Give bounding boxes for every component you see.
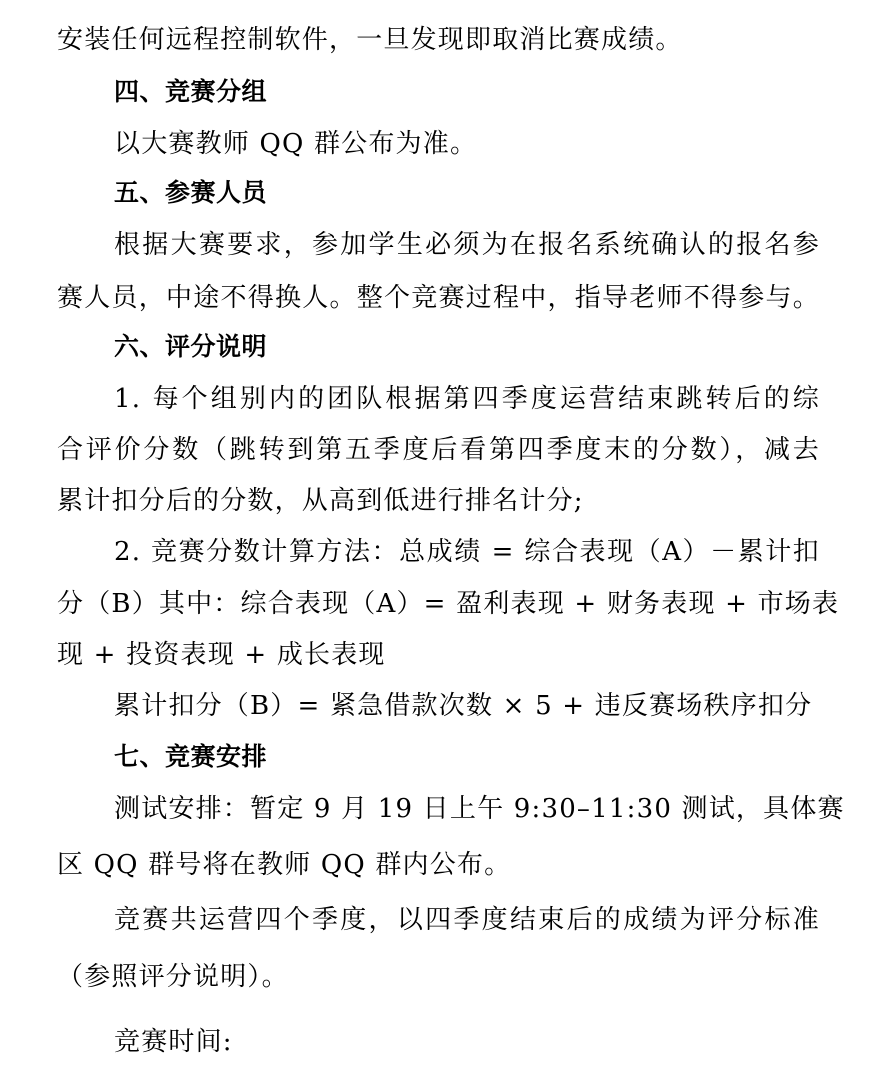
paragraph-line-grouping: 以大赛教师 QQ 群公布为准。 <box>114 127 477 161</box>
paragraph-line-formula-1: 2. 竞赛分数计算方法：总成绩 = 综合表现（A）－累计扣 <box>114 535 820 569</box>
paragraph-line-participants-1: 根据大赛要求，参加学生必须为在报名系统确认的报名参 <box>114 228 820 262</box>
paragraph-line-test-schedule-1: 测试安排：暂定 9 月 19 日上午 9:30–11:30 测试，具体赛 <box>114 792 820 826</box>
paragraph-line-participants-2: 赛人员，中途不得换人。整个竞赛过程中，指导老师不得参与。 <box>57 281 820 315</box>
paragraph-line-quarters-2: （参照评分说明）。 <box>57 960 289 994</box>
paragraph-line-scoring-2: 合评价分数（跳转到第五季度后看第四季度末的分数），减去 <box>57 433 820 467</box>
section-heading-schedule: 七、竞赛安排 <box>114 740 267 774</box>
paragraph-line-scoring-1: 1. 每个组别内的团队根据第四季度运营结束跳转后的综 <box>114 382 820 416</box>
paragraph-line-competition-time: 竞赛时间: <box>114 1025 233 1059</box>
paragraph-line-test-schedule-2: 区 QQ 群号将在教师 QQ 群内公布。 <box>57 848 511 882</box>
paragraph-line-formula-3: 现 + 投资表现 + 成长表现 <box>57 638 386 672</box>
section-heading-grouping: 四、竞赛分组 <box>114 75 267 109</box>
section-heading-participants: 五、参赛人员 <box>114 176 267 210</box>
paragraph-line-remote-control: 安装任何远程控制软件，一旦发现即取消比赛成绩。 <box>57 23 683 57</box>
paragraph-line-scoring-3: 累计扣分后的分数，从高到低进行排名计分; <box>57 484 584 518</box>
paragraph-line-formula-2: 分（B）其中：综合表现（A）= 盈利表现 + 财务表现 + 市场表 <box>57 587 820 621</box>
paragraph-line-deduction-formula: 累计扣分（B）= 紧急借款次数 × 5 + 违反赛场秩序扣分 <box>114 689 812 723</box>
paragraph-line-quarters-1: 竞赛共运营四个季度，以四季度结束后的成绩为评分标准 <box>114 903 820 937</box>
section-heading-scoring: 六、评分说明 <box>114 330 267 364</box>
